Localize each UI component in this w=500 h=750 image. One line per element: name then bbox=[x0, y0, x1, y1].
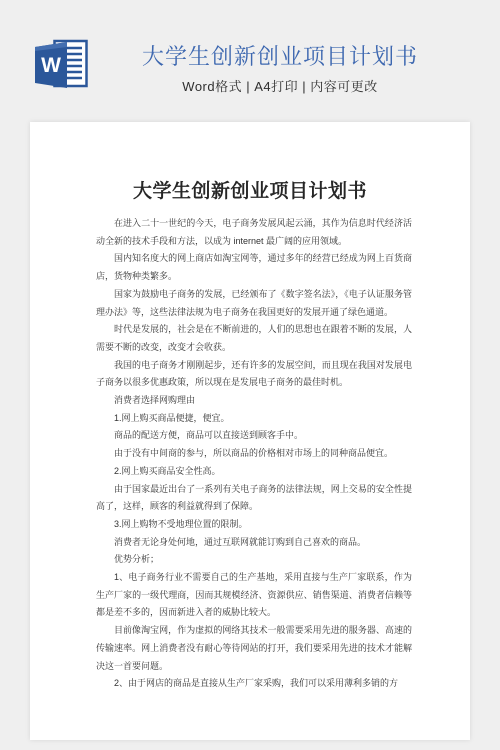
header: W 大学生创新创业项目计划书 Word格式 | A4打印 | 内容可更改 bbox=[0, 0, 500, 122]
document-paragraph: 国家为鼓励电子商务的发展，已经颁布了《数字签名法》，《电子认证服务管理办法》等，… bbox=[96, 286, 412, 321]
document-paragraph: 目前像淘宝网，作为虚拟的网络其技术一般需要采用先进的服务器、高速的传输速率。网上… bbox=[96, 622, 412, 675]
template-title: 大学生创新创业项目计划书 bbox=[60, 43, 500, 71]
document-paragraph: 国内知名度大的网上商店如淘宝网等，通过多年的经营已经成为网上百货商店，货物种类繁… bbox=[96, 250, 412, 285]
document-paragraph: 消费者选择网购理由 bbox=[96, 392, 412, 410]
document-paragraph: 2.网上购买商品安全性高。 bbox=[96, 463, 412, 481]
document-paragraph: 1.网上购买商品便捷，便宜。 bbox=[96, 410, 412, 428]
document-paragraph: 消费者无论身处何地，通过互联网就能订购到自己喜欢的商品。 bbox=[96, 534, 412, 552]
document-page-preview: 大学生创新创业项目计划书 在进入二十一世纪的今天，电子商务发展风起云涌，其作为信… bbox=[30, 122, 470, 740]
document-paragraph: 在进入二十一世纪的今天，电子商务发展风起云涌，其作为信息时代经济活动全新的技术手… bbox=[96, 215, 412, 250]
document-paragraph: 由于没有中间商的参与，所以商品的价格相对市场上的同种商品便宜。 bbox=[96, 445, 412, 463]
document-paragraph: 3.网上购物不受地理位置的限制。 bbox=[96, 516, 412, 534]
document-paragraph: 2、由于网店的商品是直接从生产厂家采购，我们可以采用薄利多销的方 bbox=[96, 675, 412, 693]
document-paragraph: 1、电子商务行业不需要自己的生产基地，采用直接与生产厂家联系，作为生产厂家的一级… bbox=[96, 569, 412, 622]
document-title: 大学生创新创业项目计划书 bbox=[30, 179, 470, 205]
word-icon-letter: W bbox=[41, 54, 61, 77]
document-paragraph: 商品的配送方便，商品可以直接送到顾客手中。 bbox=[96, 427, 412, 445]
document-paragraph: 由于国家最近出台了一系列有关电子商务的法律法规，网上交易的安全性提高了，这样，顾… bbox=[96, 481, 412, 516]
document-paragraph: 时代是发展的，社会是在不断前进的，人们的思想也在跟着不断的发展，人需要不断的改变… bbox=[96, 321, 412, 356]
header-text-block: 大学生创新创业项目计划书 Word格式 | A4打印 | 内容可更改 bbox=[60, 0, 500, 95]
document-body: 在进入二十一世纪的今天，电子商务发展风起云涌，其作为信息时代经济活动全新的技术手… bbox=[30, 215, 470, 693]
document-paragraph: 优势分析； bbox=[96, 551, 412, 569]
template-subtitle: Word格式 | A4打印 | 内容可更改 bbox=[60, 78, 500, 95]
document-paragraph: 我国的电子商务才刚刚起步，还有许多的发展空间，而且现在我国对发展电子商务以很多优… bbox=[96, 357, 412, 392]
